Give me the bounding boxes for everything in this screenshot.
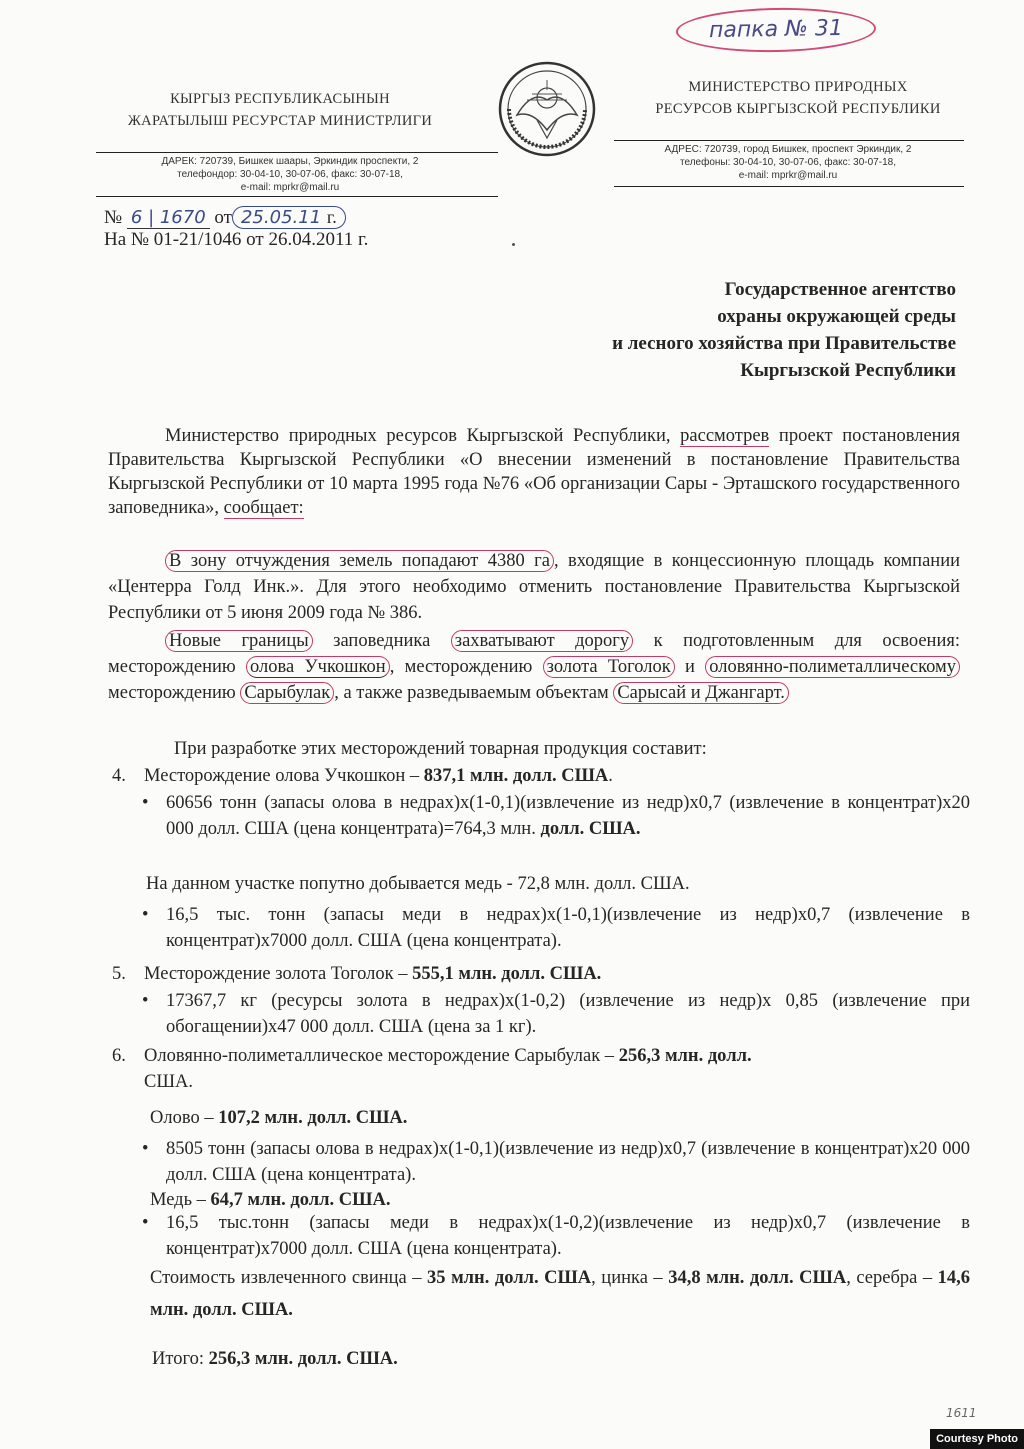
photo-credit-badge: Courtesy Photo (930, 1429, 1024, 1449)
item-tail: . (608, 766, 613, 786)
byproduct-copper-note: На данном участке попутно добывается мед… (146, 872, 690, 896)
paragraph-text: , месторождению (390, 657, 543, 677)
copper-value-line: Медь – 64,7 млн. долл. США. (150, 1188, 390, 1212)
item-value: 555,1 млн. долл. США. (412, 964, 601, 984)
header-right-org-name: МИНИСТЕРСТВО ПРИРОДНЫХ РЕСУРСОВ КЫРГЫЗСК… (618, 76, 978, 120)
calc-bullet: • 16,5 тыс. тонн (запасы меди в недрах)x… (142, 902, 970, 954)
header-left-address-line: ДАРЕК: 720739, Бишкек шаары, Эркиндик пр… (100, 155, 480, 168)
other-metals-line: Стоимость извлеченного свинца – 35 млн. … (150, 1262, 970, 1326)
bullet-icon: • (142, 1210, 148, 1236)
item-number: 6. (112, 1043, 126, 1069)
total-value: 256,3 млн. долл. США. (209, 1349, 398, 1369)
zinc-value: 34,8 млн. долл. США (668, 1268, 846, 1288)
header-right-line2: РЕСУРСОВ КЫРГЫЗСКОЙ РЕСПУБЛИКИ (618, 98, 978, 120)
intro-reports: сообщает: (224, 498, 304, 519)
total-label: Итого: (152, 1349, 209, 1369)
calc-bullet: • 17367,7 кг (ресурсы золота в недрах)x(… (142, 988, 970, 1040)
tin-label: Олово – (150, 1108, 218, 1128)
calc-bullet: • 8505 тонн (запасы олова в недрах)x(1-0… (142, 1136, 970, 1188)
paragraph-text: месторождению (108, 683, 240, 703)
total-line: Итого: 256,3 млн. долл. США. (152, 1349, 398, 1370)
circled-phrase: Сарыбулак (240, 682, 334, 704)
header-left-org-name: КЫРГЫЗ РЕСПУБЛИКАСЫНЫН ЖАРАТЫЛЫШ РЕСУРСТ… (95, 88, 465, 132)
outgoing-registration: № 6 | 1670 от25.05.11 г. (104, 206, 346, 229)
calc-text: 17367,7 кг (ресурсы золота в недрах)x(1-… (166, 988, 970, 1040)
addressee-line: Кыргызской Республики (470, 357, 956, 384)
header-right-rule-top (614, 140, 964, 141)
addressee-line: Государственное агентство (470, 276, 956, 303)
header-right-phones: телефоны: 30-04-10, 30-07-06, факс: 30-0… (618, 156, 958, 169)
header-right-line1: МИНИСТЕРСТВО ПРИРОДНЫХ (618, 76, 978, 98)
from-label: от (214, 207, 232, 228)
calc-unit: долл. США. (540, 819, 640, 839)
copper-label: Медь – (150, 1190, 211, 1210)
calc-text: 16,5 тыс. тонн (запасы меди в недрах)x(1… (166, 902, 970, 954)
year-suffix: г. (327, 207, 337, 227)
circled-phrase: Новые границы (165, 630, 313, 652)
circled-phrase: золота Тоголок (543, 656, 675, 678)
header-right-address: АДРЕС: 720739, город Бишкек, проспект Эр… (618, 143, 958, 182)
deposit-item-togolok: 5. Месторождение золота Тоголок – 555,1 … (112, 962, 970, 986)
paragraph-text: Голд Инк.». Для этого необходимо отменит… (108, 577, 960, 623)
addressee-block: Государственное агентство охраны окружаю… (470, 276, 956, 384)
new-boundaries-paragraph: Новые границы заповедника захватывают до… (108, 628, 960, 706)
circled-phrase: Сарысай и Джангарт. (613, 682, 789, 704)
item-value: 837,1 млн. долл. США (424, 766, 609, 786)
outgoing-number: 6 | 1670 (127, 207, 210, 229)
circled-phrase: олова Учкошкон (246, 656, 390, 678)
paragraph-text: и (675, 657, 706, 677)
calc-text: 16,5 тыс.тонн (запасы меди в недрах)x(1-… (166, 1210, 970, 1262)
silver-label: , серебра – (846, 1268, 937, 1288)
circled-phrase: захватывают дорогу (451, 630, 633, 652)
products-intro: При разработке этих месторождений товарн… (174, 739, 707, 760)
header-right-address-line: АДРЕС: 720739, город Бишкек, проспект Эр… (618, 143, 958, 156)
number-sign: № (104, 207, 122, 228)
item-title: Оловянно-полиметаллическое месторождение… (144, 1046, 619, 1066)
paragraph-text: , а также разведываемым объектам (334, 683, 613, 703)
circled-phrase: В зону отчуждения земель попадают 4380 г… (165, 550, 554, 572)
copper-value: 64,7 млн. долл. США. (211, 1190, 391, 1210)
header-right-email: e-mail: mprkr@mail.ru (618, 169, 958, 182)
calc-bullet: • 60656 тонн (запасы олова в недрах)x(1-… (142, 790, 970, 842)
reference-number: На № 01-21/1046 от 26.04.2011 г. (104, 229, 368, 251)
item-number: 5. (112, 962, 126, 986)
circled-phrase: оловянно-полиметаллическому (705, 656, 960, 678)
header-left-phones: телефондор: 30-04-10, 30-07-06, факс: 30… (100, 168, 480, 181)
item-title: Месторождение олова Учкошкон – (144, 766, 424, 786)
deposit-item-uchkoshkon: 4. Месторождение олова Учкошкон – 837,1 … (112, 764, 970, 788)
tin-value: 107,2 млн. долл. США. (218, 1108, 407, 1128)
outgoing-date: 25.05.11 (241, 207, 321, 228)
item-number: 4. (112, 764, 126, 788)
intro-paragraph: Министерство природных ресурсов Кыргызск… (108, 424, 960, 520)
zinc-label: , цинка – (591, 1268, 668, 1288)
header-left-rule-bottom (96, 196, 498, 197)
calc-bullet: • 16,5 тыс.тонн (запасы меди в недрах)x(… (142, 1210, 970, 1262)
intro-underlined-verb: рассмотрев (680, 426, 769, 447)
bullet-icon: • (142, 902, 148, 928)
lead-value: 35 млн. долл. США (427, 1268, 591, 1288)
tin-value-line: Олово – 107,2 млн. долл. США. (150, 1106, 407, 1130)
header-left-line2: ЖАРАТЫЛЫШ РЕСУРСТАР МИНИСТРЛИГИ (95, 110, 465, 132)
header-left-email: e-mail: mprkr@mail.ru (100, 181, 480, 194)
lead-label: Стоимость извлеченного свинца – (150, 1268, 427, 1288)
land-alienation-paragraph: В зону отчуждения земель попадают 4380 г… (108, 548, 960, 626)
item-title-tail: США. (144, 1072, 193, 1092)
scan-speck (512, 243, 515, 246)
header-left-line1: КЫРГЫЗ РЕСПУБЛИКАСЫНЫН (95, 88, 465, 110)
intro-text: Министерство природных ресурсов Кыргызск… (165, 426, 680, 446)
calc-text: 8505 тонн (запасы олова в недрах)x(1-0,1… (166, 1136, 970, 1188)
folder-number-annotation: папка № 31 (676, 6, 877, 53)
header-right-rule-bottom (614, 186, 964, 187)
header-left-address: ДАРЕК: 720739, Бишкек шаары, Эркиндик пр… (100, 155, 480, 194)
header-left-rule-top (96, 152, 498, 153)
bullet-icon: • (142, 988, 148, 1014)
addressee-line: и лесного хозяйства при Правительстве (470, 330, 956, 357)
item-value: 256,3 млн. долл. (619, 1046, 752, 1066)
page-mark: 1611 (946, 1406, 977, 1420)
bullet-icon: • (142, 790, 148, 816)
deposit-item-sarybulak: 6. Оловянно-полиметаллическое месторожде… (112, 1043, 970, 1095)
addressee-line: охраны окружающей среды (470, 303, 956, 330)
paragraph-text: заповедника (313, 631, 451, 651)
outgoing-date-circled: 25.05.11 г. (232, 206, 346, 229)
state-emblem-icon (497, 60, 597, 158)
item-title: Месторождение золота Тоголок – (144, 964, 412, 984)
bullet-icon: • (142, 1136, 148, 1162)
folder-number-text: папка № 31 (678, 8, 875, 51)
